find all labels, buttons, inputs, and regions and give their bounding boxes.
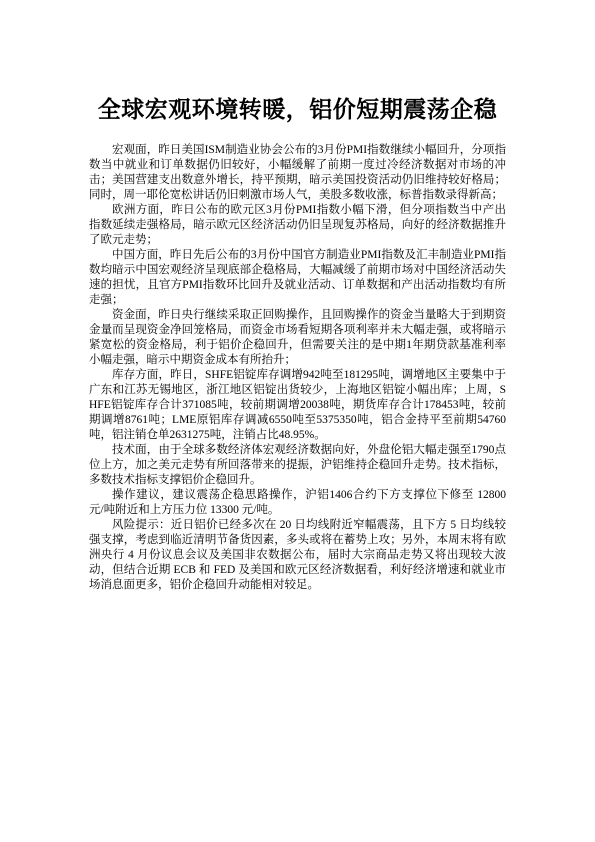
paragraph-advice: 操作建议，建议震荡企稳思路操作，沪铝1406合约下方支撑位下修至 12800 元… [89, 488, 506, 518]
document-body: 宏观面，昨日美国ISM制造业协会公布的3月份PMI指数继续小幅回升，分项指数当中… [89, 143, 506, 593]
paragraph-technical: 技术面，由于全球多数经济体宏观经济数据向好，外盘伦铝大幅走强至1790点位上方，… [89, 443, 506, 488]
paragraph-macro: 宏观面，昨日美国ISM制造业协会公布的3月份PMI指数继续小幅回升，分项指数当中… [89, 143, 506, 203]
paragraph-china: 中国方面，昨日先后公布的3月份中国官方制造业PMI指数及汇丰制造业PMI指数均暗… [89, 248, 506, 308]
paragraph-risk: 风险提示：近日铝价已经多次在 20 日均线附近窄幅震荡，且下方 5 日均线较强支… [89, 518, 506, 593]
document-title: 全球宏观环境转暖，铝价短期震荡企稳 [89, 95, 506, 125]
document-content: 全球宏观环境转暖，铝价短期震荡企稳 宏观面，昨日美国ISM制造业协会公布的3月份… [89, 0, 506, 593]
document-page: 全球宏观环境转暖，铝价短期震荡企稳 宏观面，昨日美国ISM制造业协会公布的3月份… [0, 0, 595, 842]
paragraph-europe: 欧洲方面，昨日公布的欧元区3月份PMI指数小幅下滑，但分项指数当中产出指数延续走… [89, 203, 506, 248]
paragraph-funding: 资金面，昨日央行继续采取正回购操作，且回购操作的资金当量略大于到期资金量而呈现资… [89, 308, 506, 368]
paragraph-inventory: 库存方面，昨日，SHFE铝锭库存调增942吨至181295吨，调增地区主要集中于… [89, 368, 506, 443]
